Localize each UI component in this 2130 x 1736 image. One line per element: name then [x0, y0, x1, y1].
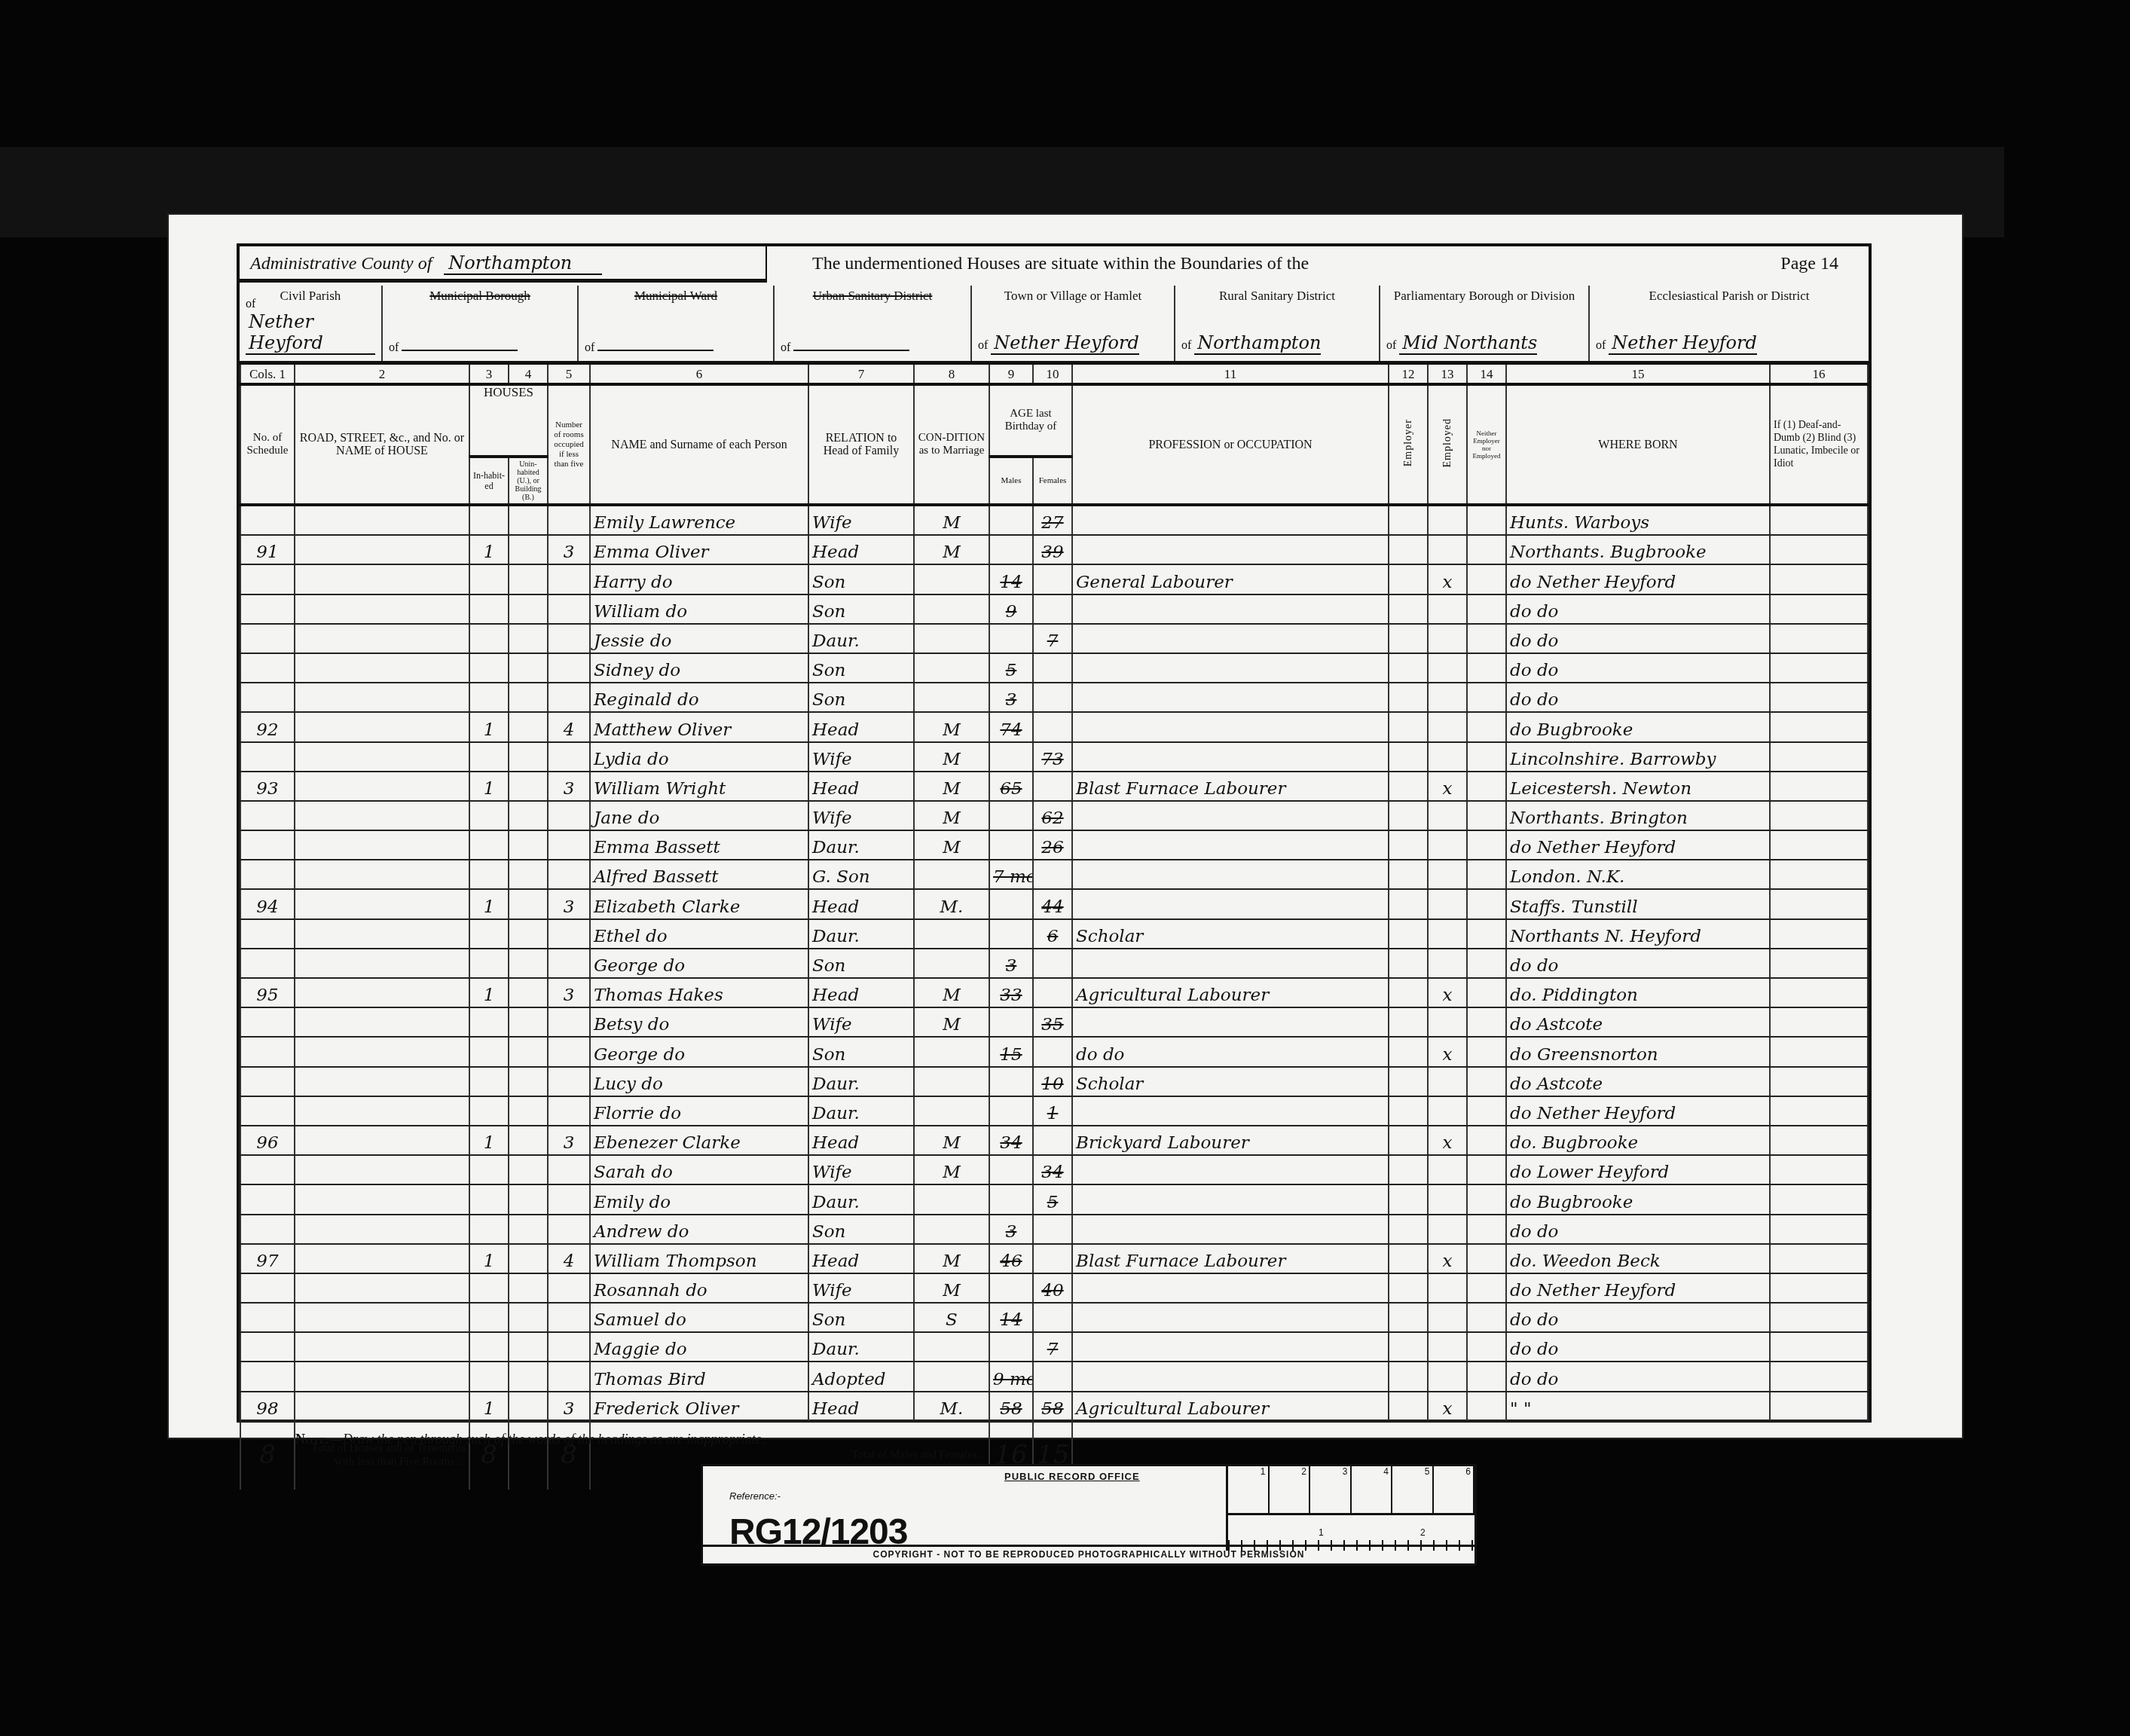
- employer-mark: [1389, 889, 1428, 918]
- footnote: Note.—Draw the pen through such of the w…: [295, 1432, 765, 1447]
- occupation: Agricultural Labourer: [1072, 978, 1389, 1007]
- admin-county-label: Administrative County of: [250, 254, 432, 274]
- uninhabited-count: [509, 564, 548, 594]
- neither-mark: [1467, 1096, 1506, 1126]
- relation: Son: [808, 1037, 914, 1066]
- occupation: [1072, 712, 1389, 741]
- person-name: William Thompson: [590, 1244, 808, 1273]
- col-occupation: PROFESSION or OCCUPATION: [1072, 384, 1389, 505]
- employed-mark: [1428, 1362, 1467, 1391]
- house-address: [295, 624, 469, 653]
- table-row: Sidney doSon5do do: [240, 653, 1868, 683]
- employer-mark: [1389, 594, 1428, 624]
- occupation: [1072, 1155, 1389, 1184]
- employer-mark: [1389, 1096, 1428, 1126]
- house-address: [295, 1184, 469, 1214]
- house-address: [295, 801, 469, 830]
- neither-mark: [1467, 1362, 1506, 1391]
- inhabited-count: 1: [469, 535, 509, 564]
- house-address: [295, 1215, 469, 1244]
- inhabited-count: [469, 1303, 509, 1332]
- infirmity: [1770, 564, 1868, 594]
- occupation: Blast Furnace Labourer: [1072, 772, 1389, 801]
- occupation: [1072, 594, 1389, 624]
- birthplace: do do: [1506, 594, 1770, 624]
- uninhabited-count: [509, 978, 548, 1007]
- birthplace: do Lower Heyford: [1506, 1155, 1770, 1184]
- infirmity: [1770, 1215, 1868, 1244]
- occupation: [1072, 683, 1389, 712]
- infirmity: [1770, 712, 1868, 741]
- employer-mark: [1389, 1362, 1428, 1391]
- area-label: Town or Village or Hamlet: [978, 289, 1168, 304]
- rooms-count: [548, 683, 590, 712]
- table-row: Betsy doWifeM35do Astcote: [240, 1007, 1868, 1037]
- rooms-count: [548, 1362, 590, 1391]
- relation: Daur.: [808, 919, 914, 949]
- neither-mark: [1467, 1215, 1506, 1244]
- col-uninhabited: Unin-habited (U.), or Building (B.): [509, 457, 548, 505]
- rooms-count: 4: [548, 712, 590, 741]
- relation: Son: [808, 949, 914, 978]
- uninhabited-count: [509, 1273, 548, 1303]
- area-value: [402, 350, 518, 351]
- neither-mark: [1467, 772, 1506, 801]
- employed-mark: [1428, 830, 1467, 860]
- employer-mark: [1389, 1126, 1428, 1155]
- marital-condition: [914, 653, 989, 683]
- infirmity: [1770, 1155, 1868, 1184]
- house-address: [295, 1007, 469, 1037]
- age-male: 9: [989, 594, 1033, 624]
- schedule-number: [240, 919, 295, 949]
- employed-mark: [1428, 1273, 1467, 1303]
- col-males: Males: [989, 457, 1033, 505]
- age-male: [989, 1155, 1033, 1184]
- occupation: Agricultural Labourer: [1072, 1392, 1389, 1421]
- rooms-count: 3: [548, 772, 590, 801]
- col-age: AGE last Birthday of: [989, 384, 1072, 457]
- age-male: [989, 505, 1033, 535]
- occupation: [1072, 1184, 1389, 1214]
- employed-mark: x: [1428, 564, 1467, 594]
- infirmity: [1770, 1244, 1868, 1273]
- infirmity: [1770, 653, 1868, 683]
- age-male: 33: [989, 978, 1033, 1007]
- schedule-number: [240, 1007, 295, 1037]
- inhabited-count: [469, 860, 509, 889]
- admin-county: Administrative County of Northampton: [240, 246, 767, 283]
- house-address: [295, 1303, 469, 1332]
- uninhabited-count: [509, 683, 548, 712]
- table-row: Alfred BassettG. Son7 moLondon. N.K.: [240, 860, 1868, 889]
- col-schedule: No. of Schedule: [240, 384, 295, 505]
- marital-condition: [914, 1037, 989, 1066]
- occupation: [1072, 742, 1389, 772]
- marital-condition: M.: [914, 1392, 989, 1421]
- relation: Wife: [808, 801, 914, 830]
- employed-mark: [1428, 1096, 1467, 1126]
- person-name: Thomas Hakes: [590, 978, 808, 1007]
- inhabited-count: [469, 505, 509, 535]
- age-male: [989, 801, 1033, 830]
- employer-mark: [1389, 624, 1428, 653]
- age-male: 14: [989, 1303, 1033, 1332]
- person-name: Florrie do: [590, 1096, 808, 1126]
- rooms-count: 4: [548, 1244, 590, 1273]
- person-name: Samuel do: [590, 1303, 808, 1332]
- area-town-village: Town or Village or Hamlet of Nether Heyf…: [972, 286, 1175, 361]
- person-name: William do: [590, 594, 808, 624]
- person-name: Reginald do: [590, 683, 808, 712]
- occupation: [1072, 653, 1389, 683]
- house-address: [295, 919, 469, 949]
- age-female: [1033, 1126, 1072, 1155]
- employer-mark: [1389, 1392, 1428, 1421]
- census-page: Administrative County of Northampton The…: [167, 213, 1963, 1439]
- area-value: Nether Heyford: [246, 311, 375, 355]
- age-male: 15: [989, 1037, 1033, 1066]
- total-schedules: 8: [240, 1421, 295, 1490]
- birthplace: do Nether Heyford: [1506, 1273, 1770, 1303]
- age-male: 58: [989, 1392, 1033, 1421]
- uninhabited-count: [509, 1392, 548, 1421]
- person-name: Sarah do: [590, 1155, 808, 1184]
- uninhabited-count: [509, 742, 548, 772]
- neither-mark: [1467, 594, 1506, 624]
- age-female: 6: [1033, 919, 1072, 949]
- employed-mark: [1428, 683, 1467, 712]
- area-urban-sanitary: Urban Sanitary District of: [775, 286, 972, 361]
- house-address: [295, 1067, 469, 1096]
- uninhabited-count: [509, 624, 548, 653]
- relation: Head: [808, 1244, 914, 1273]
- birthplace: do Bugbrooke: [1506, 712, 1770, 741]
- table-row: 9714William ThompsonHeadM46Blast Furnace…: [240, 1244, 1868, 1273]
- inhabited-count: [469, 919, 509, 949]
- inhabited-count: [469, 742, 509, 772]
- occupation: General Labourer: [1072, 564, 1389, 594]
- rooms-count: 3: [548, 889, 590, 918]
- age-male: 7 mo: [989, 860, 1033, 889]
- age-male: [989, 1007, 1033, 1037]
- marital-condition: [914, 949, 989, 978]
- birthplace: do do: [1506, 1362, 1770, 1391]
- marital-condition: [914, 683, 989, 712]
- occupation: [1072, 1273, 1389, 1303]
- house-address: [295, 712, 469, 741]
- birthplace: Hunts. Warboys: [1506, 505, 1770, 535]
- schedule-number: [240, 1184, 295, 1214]
- infirmity: [1770, 1184, 1868, 1214]
- rooms-count: [548, 1007, 590, 1037]
- table-row: George doSon15do doxdo Greensnorton: [240, 1037, 1868, 1066]
- rooms-count: [548, 1303, 590, 1332]
- relation: Wife: [808, 505, 914, 535]
- marital-condition: [914, 860, 989, 889]
- employed-mark: x: [1428, 1037, 1467, 1066]
- employer-mark: [1389, 919, 1428, 949]
- house-address: [295, 1392, 469, 1421]
- census-table: Cols. 1 2 3 4 5 6 7 8 9 10 11 12 13 14 1…: [240, 365, 1869, 1490]
- marital-condition: M: [914, 772, 989, 801]
- rooms-count: 3: [548, 535, 590, 564]
- table-row: Andrew doSon3do do: [240, 1215, 1868, 1244]
- age-female: 44: [1033, 889, 1072, 918]
- neither-mark: [1467, 1303, 1506, 1332]
- occupation: Blast Furnace Labourer: [1072, 1244, 1389, 1273]
- neither-mark: [1467, 1007, 1506, 1037]
- infirmity: [1770, 830, 1868, 860]
- birthplace: " ": [1506, 1392, 1770, 1421]
- census-rows: Emily LawrenceWifeM27Hunts. Warboys9113E…: [240, 505, 1868, 1421]
- table-row: Thomas BirdAdopted9 modo do: [240, 1362, 1868, 1391]
- marital-condition: M: [914, 1155, 989, 1184]
- record-office-slip: PUBLIC RECORD OFFICE Reference:- RG12/12…: [701, 1464, 1477, 1566]
- person-name: Frederick Oliver: [590, 1392, 808, 1421]
- inhabited-count: 1: [469, 889, 509, 918]
- schedule-number: [240, 1362, 295, 1391]
- neither-mark: [1467, 1273, 1506, 1303]
- person-name: Ethel do: [590, 919, 808, 949]
- scale-ruler: 1 2 3 4 5 6 1 2: [1226, 1466, 1474, 1551]
- birthplace: do do: [1506, 683, 1770, 712]
- relation: Son: [808, 1215, 914, 1244]
- person-name: George do: [590, 1037, 808, 1066]
- age-male: [989, 1332, 1033, 1362]
- infirmity: [1770, 1303, 1868, 1332]
- area-rural-sanitary: Rural Sanitary District of Northampton: [1175, 286, 1380, 361]
- age-male: [989, 624, 1033, 653]
- birthplace: do do: [1506, 1215, 1770, 1244]
- rooms-count: [548, 1273, 590, 1303]
- age-male: [989, 919, 1033, 949]
- col-inhabited: In-habit-ed: [469, 457, 509, 505]
- area-ecclesiastical: Ecclesiastical Parish or District of Net…: [1590, 286, 1869, 361]
- neither-mark: [1467, 1332, 1506, 1362]
- birthplace: do do: [1506, 653, 1770, 683]
- uninhabited-count: [509, 1126, 548, 1155]
- marital-condition: [914, 1362, 989, 1391]
- house-address: [295, 564, 469, 594]
- rooms-count: [548, 919, 590, 949]
- house-address: [295, 742, 469, 772]
- relation: Head: [808, 1126, 914, 1155]
- rooms-count: 3: [548, 978, 590, 1007]
- house-address: [295, 772, 469, 801]
- house-address: [295, 889, 469, 918]
- schedule-number: [240, 683, 295, 712]
- rooms-count: [548, 801, 590, 830]
- age-male: 3: [989, 1215, 1033, 1244]
- marital-condition: M.: [914, 889, 989, 918]
- occupation: [1072, 1007, 1389, 1037]
- infirmity: [1770, 1392, 1868, 1421]
- age-female: 7: [1033, 624, 1072, 653]
- birthplace: do. Piddington: [1506, 978, 1770, 1007]
- employer-mark: [1389, 1273, 1428, 1303]
- col-females: Females: [1033, 457, 1072, 505]
- rooms-count: [548, 860, 590, 889]
- area-value: [793, 350, 909, 351]
- employer-mark: [1389, 653, 1428, 683]
- schedule-number: [240, 830, 295, 860]
- table-row: Sarah doWifeM34do Lower Heyford: [240, 1155, 1868, 1184]
- infirmity: [1770, 1332, 1868, 1362]
- employed-mark: [1428, 889, 1467, 918]
- neither-mark: [1467, 801, 1506, 830]
- inhabited-count: 1: [469, 1244, 509, 1273]
- relation: Head: [808, 889, 914, 918]
- age-male: [989, 1067, 1033, 1096]
- age-female: 73: [1033, 742, 1072, 772]
- occupation: [1072, 801, 1389, 830]
- person-name: Maggie do: [590, 1332, 808, 1362]
- infirmity: [1770, 1126, 1868, 1155]
- occupation: [1072, 889, 1389, 918]
- house-address: [295, 978, 469, 1007]
- age-female: [1033, 1303, 1072, 1332]
- age-female: [1033, 564, 1072, 594]
- employer-mark: [1389, 535, 1428, 564]
- rooms-count: [548, 1096, 590, 1126]
- age-male: [989, 742, 1033, 772]
- table-row: Emily LawrenceWifeM27Hunts. Warboys: [240, 505, 1868, 535]
- inhabited-count: [469, 1037, 509, 1066]
- relation: Wife: [808, 1007, 914, 1037]
- relation: Son: [808, 683, 914, 712]
- neither-mark: [1467, 889, 1506, 918]
- neither-mark: [1467, 564, 1506, 594]
- col-neither: Neither Employer nor Employed: [1467, 384, 1506, 505]
- house-address: [295, 535, 469, 564]
- relation: Head: [808, 712, 914, 741]
- age-female: 40: [1033, 1273, 1072, 1303]
- marital-condition: [914, 1184, 989, 1214]
- infirmity: [1770, 1067, 1868, 1096]
- inhabited-count: [469, 653, 509, 683]
- neither-mark: [1467, 535, 1506, 564]
- marital-condition: [914, 1332, 989, 1362]
- table-row: Florrie doDaur.1do Nether Heyford: [240, 1096, 1868, 1126]
- person-name: Elizabeth Clarke: [590, 889, 808, 918]
- schedule-number: [240, 1067, 295, 1096]
- birthplace: do do: [1506, 624, 1770, 653]
- area-value: Mid Northants: [1399, 332, 1537, 355]
- birthplace: do Nether Heyford: [1506, 830, 1770, 860]
- marital-condition: [914, 1215, 989, 1244]
- schedule-number: [240, 653, 295, 683]
- table-row: George doSon3do do: [240, 949, 1868, 978]
- infirmity: [1770, 1362, 1868, 1391]
- age-male: 14: [989, 564, 1033, 594]
- person-name: Lucy do: [590, 1067, 808, 1096]
- marital-condition: M: [914, 742, 989, 772]
- person-name: Ebenezer Clarke: [590, 1126, 808, 1155]
- infirmity: [1770, 978, 1868, 1007]
- relation: Daur.: [808, 624, 914, 653]
- relation: Head: [808, 978, 914, 1007]
- age-male: 65: [989, 772, 1033, 801]
- employer-mark: [1389, 712, 1428, 741]
- birthplace: Staffs. Tunstill: [1506, 889, 1770, 918]
- schedule-number: 91: [240, 535, 295, 564]
- occupation: [1072, 624, 1389, 653]
- house-address: [295, 505, 469, 535]
- infirmity: [1770, 919, 1868, 949]
- employed-mark: [1428, 594, 1467, 624]
- schedule-number: 93: [240, 772, 295, 801]
- inhabited-count: [469, 624, 509, 653]
- employer-mark: [1389, 1303, 1428, 1332]
- marital-condition: M: [914, 801, 989, 830]
- schedule-number: [240, 742, 295, 772]
- age-male: [989, 1273, 1033, 1303]
- schedule-number: [240, 860, 295, 889]
- marital-condition: S: [914, 1303, 989, 1332]
- house-address: [295, 594, 469, 624]
- age-female: 62: [1033, 801, 1072, 830]
- area-municipal-borough: Municipal Borough of: [383, 286, 579, 361]
- marital-condition: [914, 1067, 989, 1096]
- schedule-number: [240, 1215, 295, 1244]
- inhabited-count: 1: [469, 712, 509, 741]
- rooms-count: [548, 830, 590, 860]
- infirmity: [1770, 1096, 1868, 1126]
- marital-condition: M: [914, 712, 989, 741]
- marital-condition: M: [914, 505, 989, 535]
- column-headings: No. of Schedule ROAD, STREET, &c., and N…: [240, 384, 1868, 457]
- relation: Daur.: [808, 830, 914, 860]
- occupation: [1072, 1215, 1389, 1244]
- admin-county-value: Northampton: [444, 252, 602, 275]
- marital-condition: [914, 564, 989, 594]
- marital-condition: M: [914, 535, 989, 564]
- rooms-count: [548, 1215, 590, 1244]
- neither-mark: [1467, 830, 1506, 860]
- infirmity: [1770, 949, 1868, 978]
- neither-mark: [1467, 624, 1506, 653]
- rooms-count: [548, 1067, 590, 1096]
- employed-mark: [1428, 860, 1467, 889]
- schedule-number: 98: [240, 1392, 295, 1421]
- birthplace: do do: [1506, 1332, 1770, 1362]
- neither-mark: [1467, 742, 1506, 772]
- birthplace: do. Bugbrooke: [1506, 1126, 1770, 1155]
- employed-mark: [1428, 1184, 1467, 1214]
- area-label: Rural Sanitary District: [1181, 289, 1373, 304]
- employer-mark: [1389, 505, 1428, 535]
- col-infirmity: If (1) Deaf-and-Dumb (2) Blind (3) Lunat…: [1770, 384, 1868, 505]
- table-row: 9813Frederick OliverHeadM.5858Agricultur…: [240, 1392, 1868, 1421]
- area-value: Nether Heyford: [1609, 332, 1756, 355]
- inhabited-count: [469, 1362, 509, 1391]
- rooms-count: [548, 564, 590, 594]
- occupation: [1072, 949, 1389, 978]
- schedule-number: [240, 564, 295, 594]
- table-row: Maggie doDaur.7do do: [240, 1332, 1868, 1362]
- uninhabited-count: [509, 1007, 548, 1037]
- person-name: Jane do: [590, 801, 808, 830]
- birthplace: London. N.K.: [1506, 860, 1770, 889]
- employed-mark: [1428, 1155, 1467, 1184]
- occupation: do do: [1072, 1037, 1389, 1066]
- table-row: Harry doSon14General Labourerxdo Nether …: [240, 564, 1868, 594]
- schedule-number: [240, 1096, 295, 1126]
- relation: Head: [808, 1392, 914, 1421]
- inhabited-count: [469, 949, 509, 978]
- copyright-notice: COPYRIGHT - NOT TO BE REPRODUCED PHOTOGR…: [703, 1545, 1474, 1563]
